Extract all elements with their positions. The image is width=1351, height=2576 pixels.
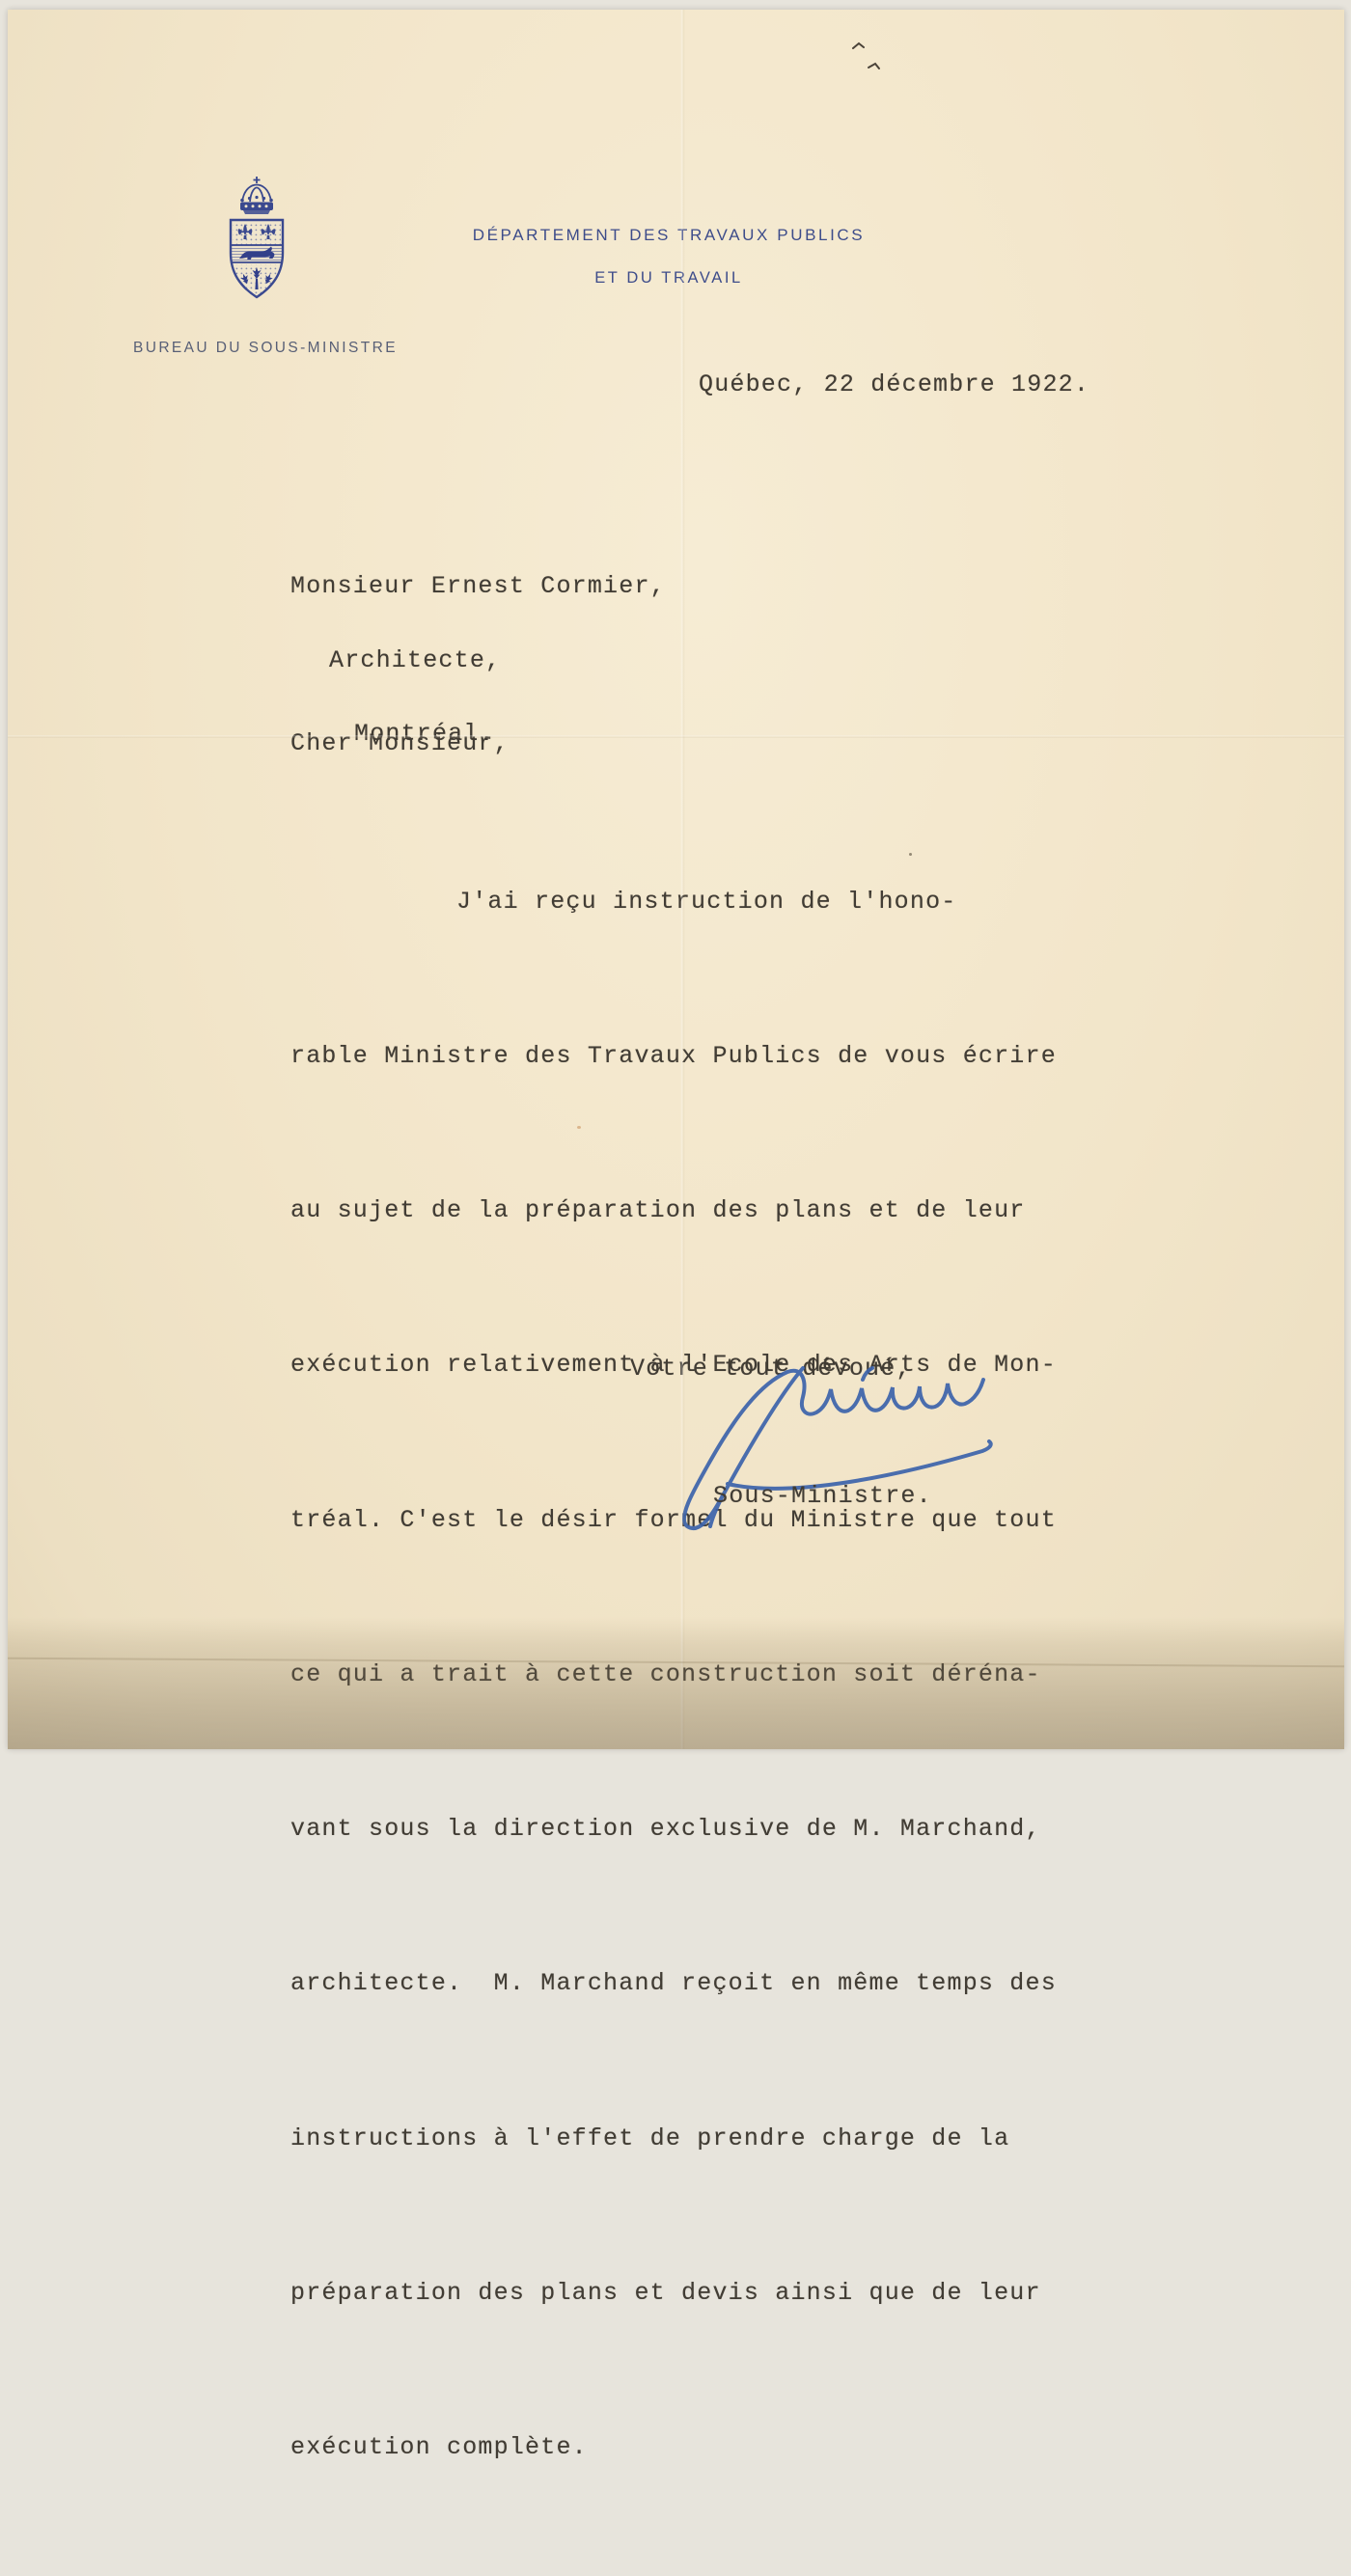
coat-of-arms-icon — [216, 176, 297, 303]
dateline: Québec, 22 décembre 1922. — [699, 370, 1089, 398]
department-line-2: ET DU TRAVAIL — [442, 269, 896, 288]
body-line: rable Ministre des Travaux Publics de vo… — [290, 1030, 1101, 1082]
stray-ink-mark-icon — [840, 39, 888, 81]
body-line: au sujet de la préparation des plans et … — [290, 1185, 1101, 1236]
body-paragraph: J'ai reçu instruction de l'hono- rable M… — [290, 773, 1101, 1763]
signature-ink-icon — [614, 1357, 1000, 1540]
bureau-label: BUREAU DU SOUS-MINISTRE — [133, 340, 398, 357]
department-line-1: DÉPARTEMENT DES TRAVAUX PUBLICS — [442, 226, 896, 245]
body-line: J'ai reçu instruction de l'hono- — [456, 876, 1101, 927]
recipient-name: Monsieur Ernest Cormier, — [290, 574, 666, 599]
rust-speck — [577, 1126, 581, 1129]
letter-page: DÉPARTEMENT DES TRAVAUX PUBLICS ET DU TR… — [8, 10, 1344, 1749]
signer-title: Sous-Ministre. — [713, 1482, 932, 1510]
vertical-fold-crease — [680, 10, 685, 1749]
body-line: ce qui a trait à cette construction soit… — [290, 1649, 1101, 1700]
ink-speck — [909, 853, 912, 856]
department-name: DÉPARTEMENT DES TRAVAUX PUBLICS ET DU TR… — [442, 226, 896, 288]
horizontal-fold-crease — [8, 735, 1344, 738]
salutation: Cher Monsieur, — [290, 729, 510, 757]
recipient-title: Architecte, — [329, 648, 666, 673]
